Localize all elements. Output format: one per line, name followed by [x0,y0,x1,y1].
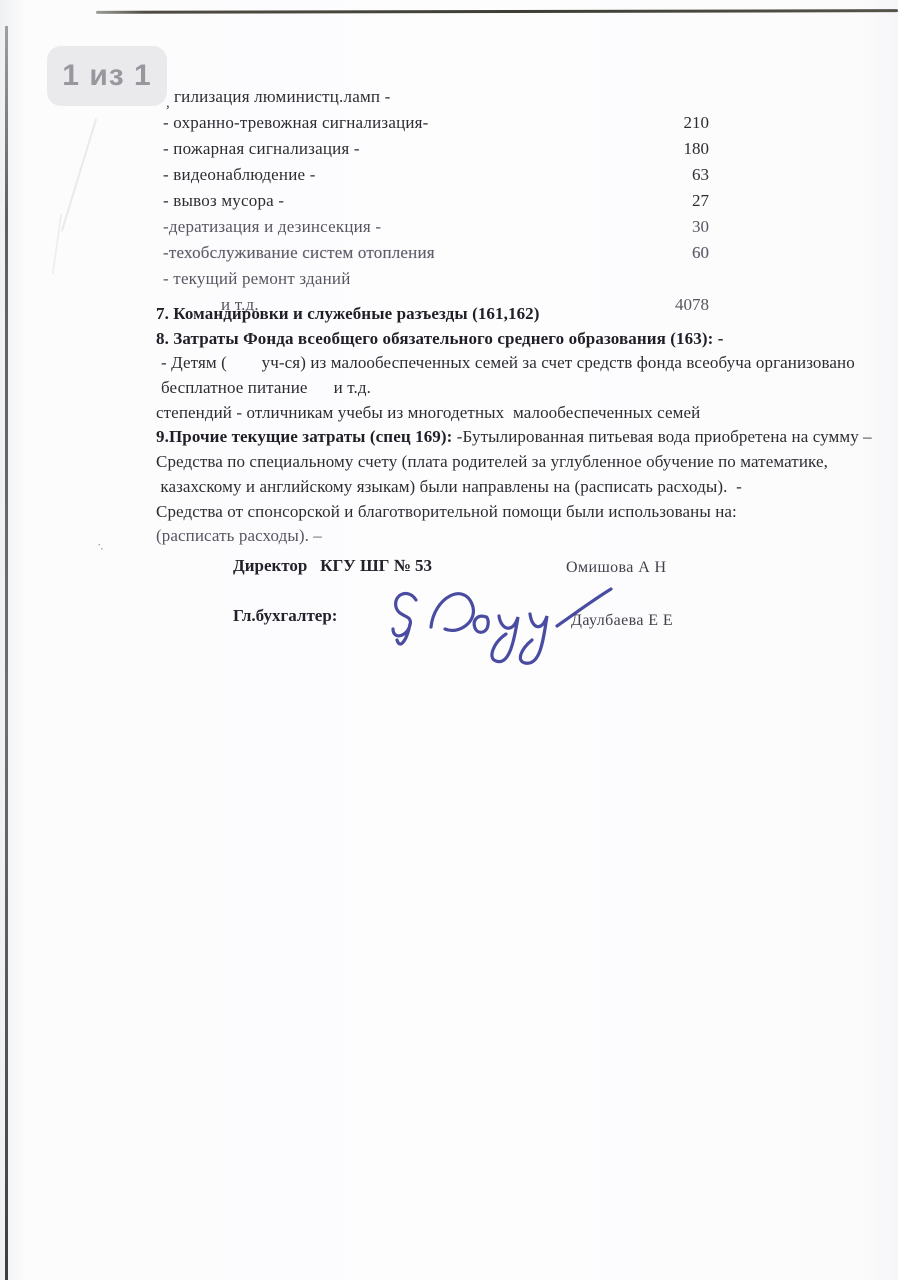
section-9-heading-rest: -Бутылированная питьевая вода приобретен… [452,427,871,446]
scan-edge-left [5,26,8,1280]
scan-edge-top [96,9,898,14]
report-sections: 7. Командировки и служебные разъезды (16… [156,304,866,551]
section-9-heading-line: 9.Прочие текущие затраты (спец 169): -Бу… [156,427,866,452]
expense-label: -дератизация и дезинсекция - [163,217,381,243]
expense-row: - видеонаблюдение - 63 [163,165,709,191]
expense-value: 27 [649,191,709,217]
section-8-line: степендий - отличникам учебы из многодет… [156,403,866,428]
handwritten-signature [383,572,618,672]
expense-row: -техобслуживание систем отопления 60 [163,243,709,269]
expense-value: 210 [649,113,709,139]
section-7-heading: 7. Командировки и служебные разъезды (16… [156,304,866,329]
section-9-line: казахскому и английскому языкам) были на… [156,477,866,502]
section-9-line: Средства от спонсорской и благотворитель… [156,502,866,527]
expense-row: -дератизация и дезинсекция - 30 [163,217,709,243]
expense-row: - текущий ремонт зданий [163,269,709,295]
crease-mark-2 [52,214,62,274]
section-8-line: бесплатное питание и т.д. [156,378,866,403]
expense-label: -техобслуживание систем отопления [163,243,435,269]
expense-label: - охранно-тревожная сигнализация- [163,113,429,139]
expense-label: - текущий ремонт зданий [163,269,351,295]
accountant-title: Гл.бухгалтер: [233,606,337,626]
expense-value: 180 [649,139,709,165]
expense-label: - пожарная сигнализация - [163,139,360,165]
stray-dots-artifact: ·. [96,537,106,553]
expense-list: гилизация люминистц.ламп - - охранно-тре… [163,87,709,321]
expense-row: - пожарная сигнализация - 180 [163,139,709,165]
expense-value: 60 [649,243,709,269]
expense-value: 63 [649,165,709,191]
expense-value: 30 [649,217,709,243]
section-8-heading: 8. Затраты Фонда всеобщего обязательного… [156,329,866,354]
section-9-heading: 9.Прочие текущие затраты (спец 169): [156,427,452,446]
expense-value [649,269,709,295]
crease-mark [61,118,97,231]
expense-row: - охранно-тревожная сигнализация- 210 [163,113,709,139]
page-indicator-text: 1 из 1 [62,59,151,93]
page-indicator-badge: 1 из 1 [47,46,167,106]
scanned-page: 1 из 1 , гилизация люминистц.ламп - - ох… [0,0,898,1280]
section-9-line: Средства по специальному счету (плата ро… [156,452,866,477]
section-9-line: (расписать расходы). – [156,526,866,551]
expense-label: - вывоз мусора - [163,191,284,217]
expense-label: гилизация люминистц.ламп - [163,87,391,113]
expense-value [649,87,709,113]
expense-row: гилизация люминистц.ламп - [163,87,709,113]
expense-row: - вывоз мусора - 27 [163,191,709,217]
section-8-line: - Детям ( уч-ся) из малообеспеченных сем… [156,353,866,378]
expense-label: - видеонаблюдение - [163,165,316,191]
